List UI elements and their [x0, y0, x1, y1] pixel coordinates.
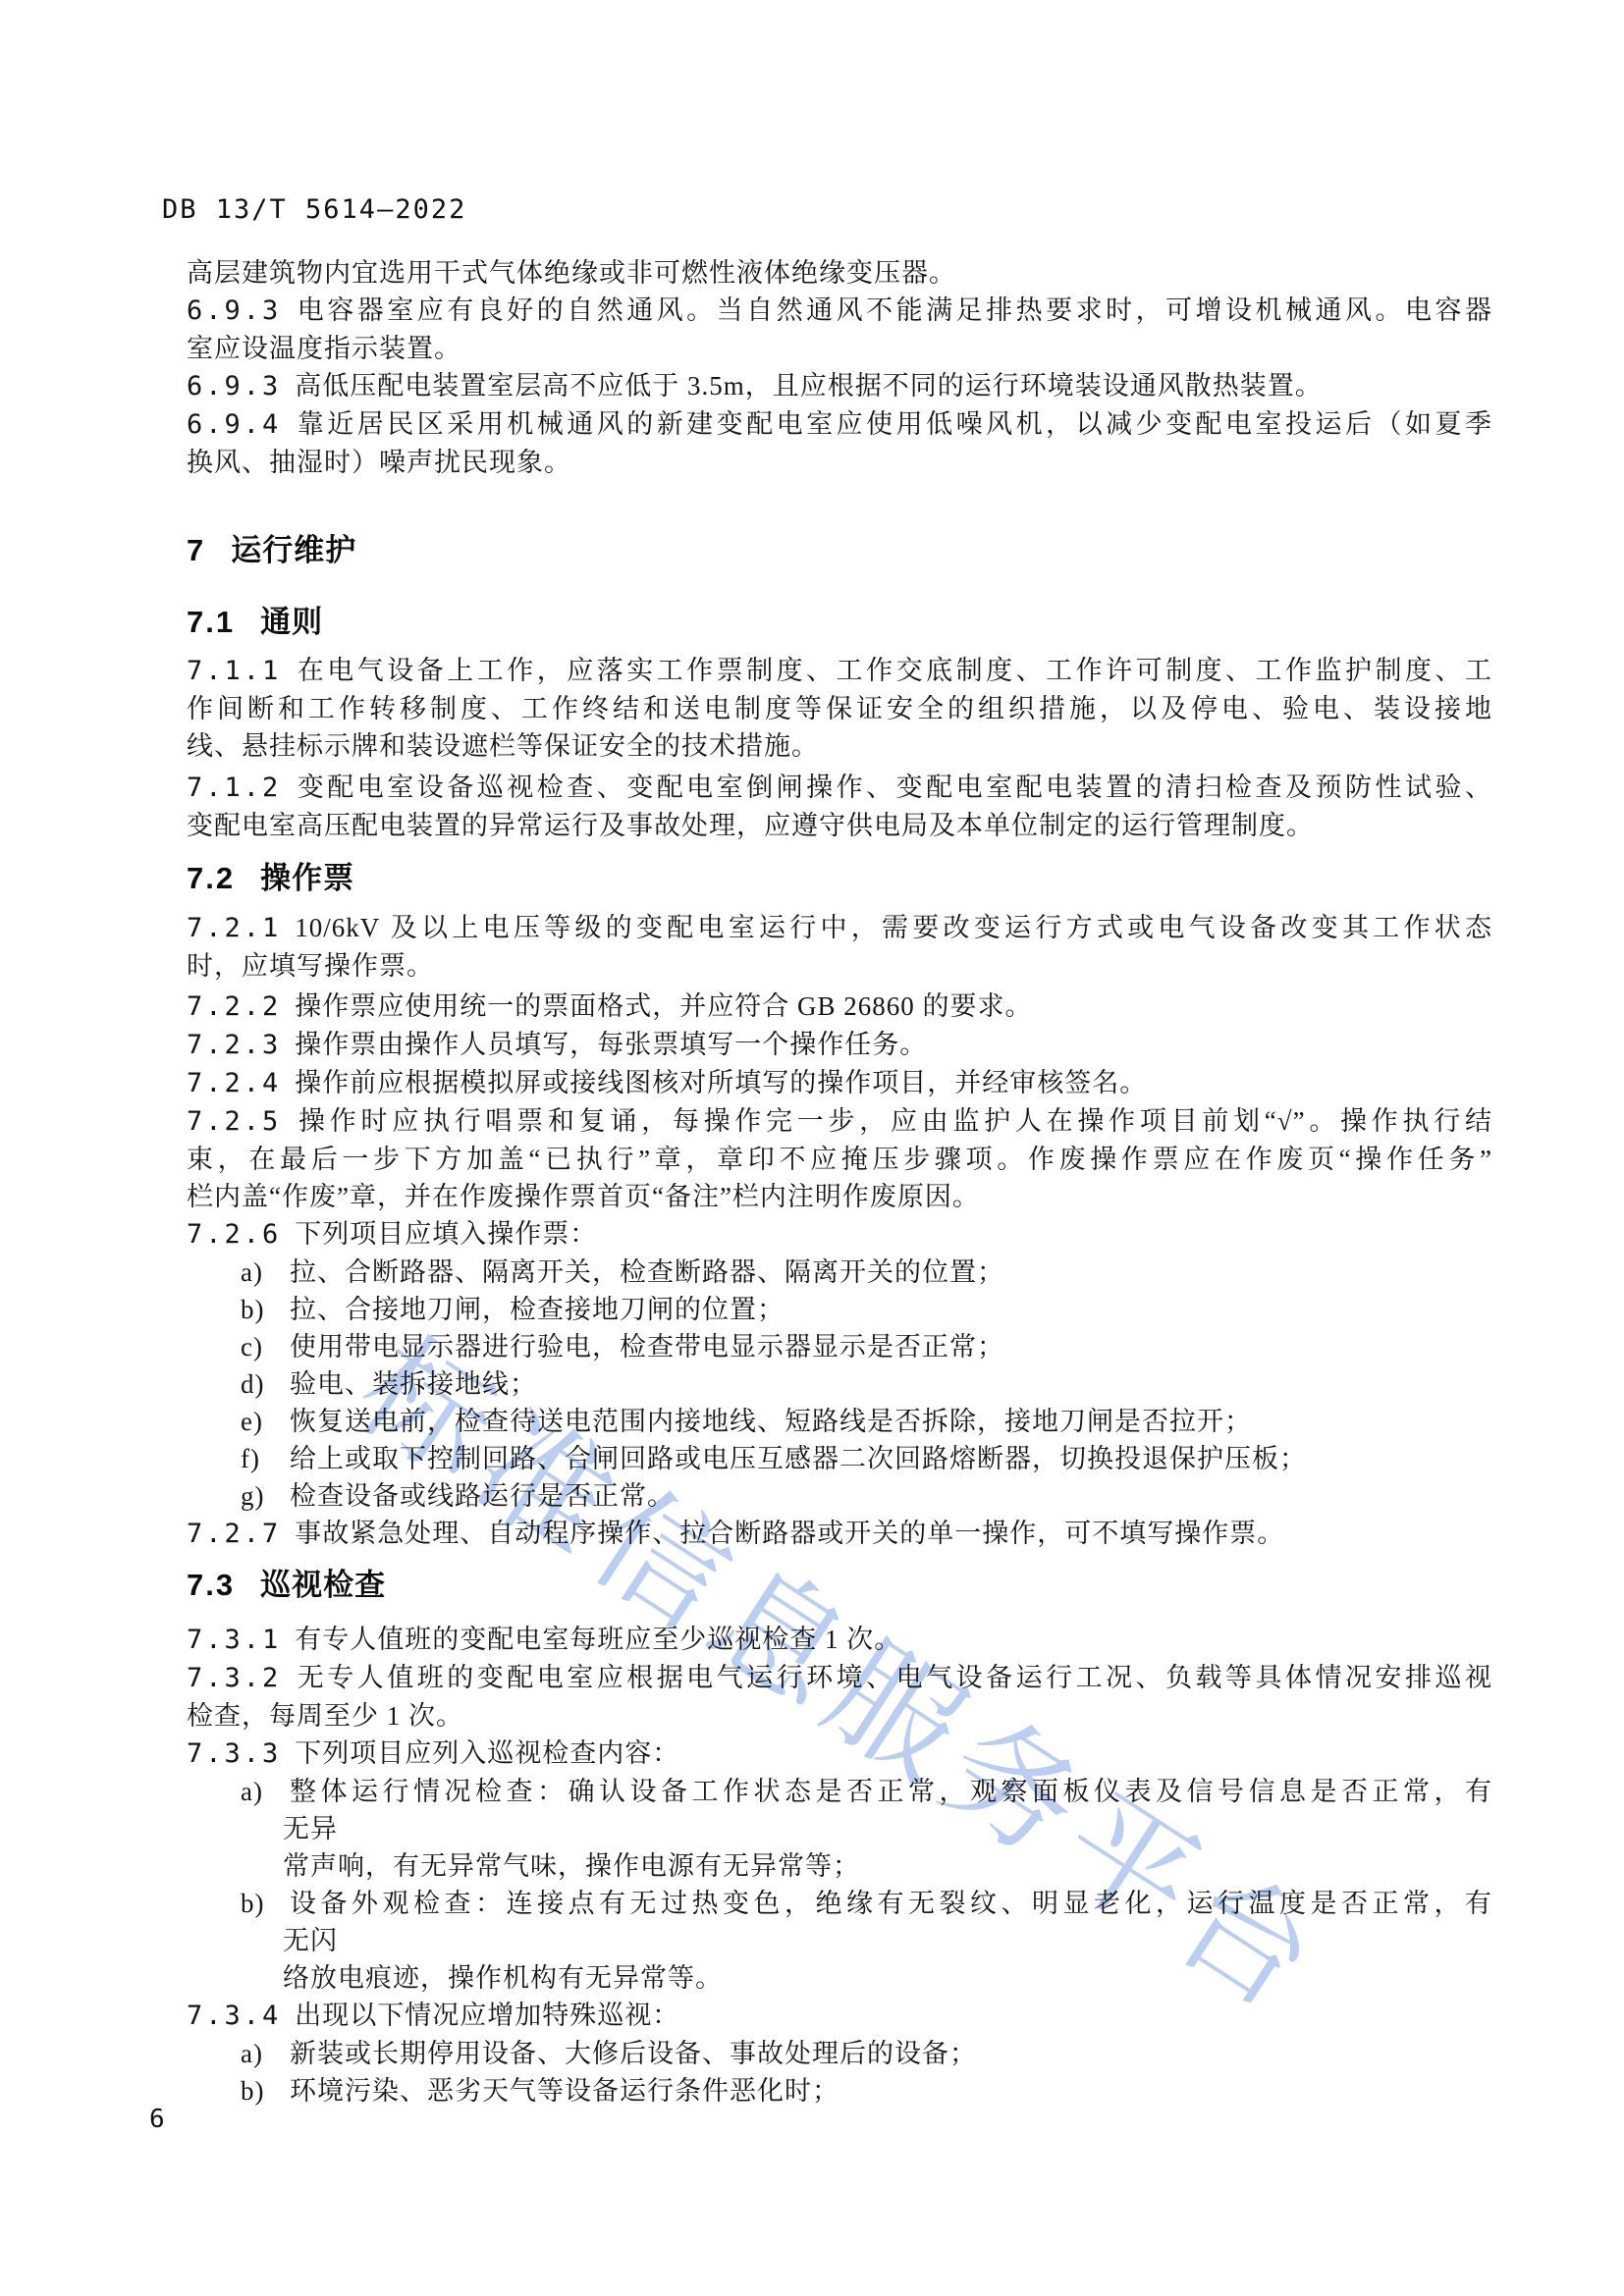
paragraph-line: 7.3.1有专人值班的变配电室每班应至少巡视检查 1 次。 [187, 1621, 1492, 1659]
line-text: 10/6kV 及以上电压等级的变配电室运行中，需要改变运行方式或电气设备改变其工… [295, 913, 1492, 942]
line-text: 拉、合断路器、隔离开关，检查断路器、隔离开关的位置； [290, 1257, 1004, 1287]
section-number: 7.2 [187, 857, 235, 900]
line-text: 设备外观检查：连接点有无过热变色，绝缘有无裂纹、明显老化，运行温度是否正常，有 [290, 1889, 1492, 1918]
line-text: 操作票应使用统一的票面格式，并应符合 GB 26860 的要求。 [295, 991, 1032, 1021]
line-text: 变配电室设备巡视检查、变配电室倒闸操作、变配电室配电装置的清扫检查及预防性试验、 [295, 773, 1492, 802]
paragraph-line: 7.1.2变配电室设备巡视检查、变配电室倒闸操作、变配电室配电装置的清扫检查及预… [187, 769, 1492, 807]
line-text: 高低压配电装置室层高不应低于 3.5m，且应根据不同的运行环境装设通风散热装置。 [295, 371, 1323, 400]
line-text: 高层建筑物内宜选用干式气体绝缘或非可燃性液体绝缘变压器。 [187, 258, 956, 288]
section-number: 7.3.1 [187, 1622, 281, 1659]
paragraph-line: 束，在最后一步下方加盖“已执行”章，章印不应掩压步骤项。作废操作票应在作废页“操… [187, 1141, 1492, 1178]
section-heading: 7.3巡视检查 [187, 1564, 1492, 1607]
list-item-line: b)拉、合接地刀闸，检查接地刀闸的位置； [187, 1291, 1492, 1328]
line-text: 无专人值班的变配电室应根据电气运行环境、电气设备运行工况、负载等具体情况安排巡视 [295, 1663, 1492, 1692]
section-number: 7.1.1 [187, 653, 281, 690]
section-number: 7.2.3 [187, 1027, 281, 1064]
paragraph-line: 高层建筑物内宜选用干式气体绝缘或非可燃性液体绝缘变压器。 [187, 254, 1492, 292]
line-text: 时，应填写操作票。 [187, 951, 434, 981]
section-number: 6.9.3 [187, 293, 281, 330]
line-text: 操作时应执行唱票和复诵，每操作完一步，应由监护人在操作项目前划“√”。操作执行结 [295, 1106, 1492, 1136]
paragraph-line: 7.3.3下列项目应列入巡视检查内容： [187, 1735, 1492, 1773]
line-text: 出现以下情况应增加特殊巡视： [295, 2001, 679, 2030]
line-text: 无闪 [283, 1926, 338, 1955]
document-body: DB 13/T 5614—2022 高层建筑物内宜选用干式气体绝缘或非可燃性液体… [187, 193, 1492, 2109]
list-item-line: a)拉、合断路器、隔离开关，检查断路器、隔离开关的位置； [187, 1254, 1492, 1291]
line-text: 束，在最后一步下方加盖“已执行”章，章印不应掩压步骤项。作废操作票应在作废页“操… [187, 1145, 1492, 1174]
line-text: 环境污染、恶劣天气等设备运行条件恶化时； [290, 2076, 839, 2106]
line-text: 络放电痕迹，操作机构有无异常等。 [283, 1963, 723, 1993]
paragraph-line: 时，应填写操作票。 [187, 947, 1492, 985]
section-number: 7.3.3 [187, 1735, 281, 1773]
line-text: 作间断和工作转移制度、工作终结和送电制度等保证安全的组织措施，以及停电、验电、装… [187, 694, 1492, 723]
line-text: 在电气设备上工作，应落实工作票制度、工作交底制度、工作许可制度、工作监护制度、工 [295, 656, 1492, 685]
line-text: 操作票由操作人员填写，每张票填写一个操作任务。 [295, 1030, 927, 1059]
section-heading: 7.1通则 [187, 601, 1492, 644]
section-number: 7.3.2 [187, 1660, 281, 1697]
line-text: 线、悬挂标示牌和装设遮栏等保证安全的技术措施。 [187, 731, 819, 761]
section-number: 6.9.3 [187, 368, 281, 405]
page-number: 6 [149, 2105, 165, 2134]
chapter-heading: 7运行维护 [187, 529, 1492, 572]
list-continuation-line: 常声响，有无异常气味，操作电源有无异常等； [187, 1847, 1492, 1885]
line-text: 操作前应根据模拟屏或接线图核对所填写的操作项目，并经审核签名。 [295, 1068, 1147, 1097]
paragraph-line: 7.2.7事故紧急处理、自动程序操作、拉合断路器或开关的单一操作，可不填写操作票… [187, 1515, 1492, 1553]
list-marker: a) [241, 2035, 263, 2072]
list-marker: b) [241, 1291, 265, 1328]
paragraph-line: 7.3.2无专人值班的变配电室应根据电气运行环境、电气设备运行工况、负载等具体情… [187, 1659, 1492, 1697]
paragraph-line: 7.3.4出现以下情况应增加特殊巡视： [187, 1997, 1492, 2035]
line-text: 检查设备或线路运行是否正常。 [290, 1481, 675, 1511]
line-text: 验电、装拆接地线； [290, 1369, 537, 1399]
line-text: 有专人值班的变配电室每班应至少巡视检查 1 次。 [295, 1625, 901, 1654]
line-text: 靠近居民区采用机械通风的新建变配电室应使用低噪风机，以减少变配电室投运后（如夏季 [295, 409, 1492, 439]
line-text: 常声响，有无异常气味，操作电源有无异常等； [283, 1851, 860, 1881]
list-continuation-line: 无闪 [187, 1922, 1492, 1959]
paragraph-line: 变配电室高压配电装置的异常运行及事故处理，应遵守供电局及本单位制定的运行管理制度… [187, 807, 1492, 844]
list-marker: e) [241, 1403, 263, 1440]
line-text: 运行维护 [231, 533, 356, 567]
list-item-line: b)设备外观检查：连接点有无过热变色，绝缘有无裂纹、明显老化，运行温度是否正常，… [187, 1885, 1492, 1922]
list-marker: a) [241, 1254, 263, 1291]
line-text: 下列项目应填入操作票： [295, 1219, 597, 1249]
section-number: 7.1 [187, 601, 235, 644]
list-item-line: c)使用带电显示器进行验电，检查带电显示器显示是否正常； [187, 1328, 1492, 1365]
paragraph-line: 作间断和工作转移制度、工作终结和送电制度等保证安全的组织措施，以及停电、验电、装… [187, 690, 1492, 727]
section-number: 7.2.4 [187, 1065, 281, 1102]
line-text: 新装或长期停用设备、大修后设备、事故处理后的设备； [290, 2039, 977, 2068]
list-continuation-line: 无异 [187, 1810, 1492, 1847]
line-text: 巡视检查 [260, 1568, 386, 1602]
paragraph-line: 7.1.1在电气设备上工作，应落实工作票制度、工作交底制度、工作许可制度、工作监… [187, 652, 1492, 690]
list-marker: b) [241, 1885, 265, 1922]
list-marker: g) [241, 1477, 265, 1515]
list-marker: f) [241, 1440, 260, 1477]
list-continuation-line: 络放电痕迹，操作机构有无异常等。 [187, 1959, 1492, 1997]
line-text: 使用带电显示器进行验电，检查带电显示器显示是否正常； [290, 1332, 1004, 1362]
section-number: 7.2.6 [187, 1216, 281, 1254]
line-text: 栏内盖“作废”章，并在作废操作票首页“备注”栏内注明作废原因。 [187, 1182, 980, 1211]
line-text: 整体运行情况检查：确认设备工作状态是否正常，观察面板仪表及信号信息是否正常，有 [290, 1777, 1492, 1806]
list-item-line: b)环境污染、恶劣天气等设备运行条件恶化时； [187, 2072, 1492, 2109]
list-item-line: a)整体运行情况检查：确认设备工作状态是否正常，观察面板仪表及信号信息是否正常，… [187, 1773, 1492, 1810]
list-marker: a) [241, 1773, 263, 1810]
list-marker: d) [241, 1365, 265, 1403]
paragraph-line: 检查，每周至少 1 次。 [187, 1697, 1492, 1735]
list-marker: b) [241, 2072, 265, 2109]
section-number: 7.2.2 [187, 988, 281, 1026]
list-item-line: d)验电、装拆接地线； [187, 1365, 1492, 1403]
section-number: 7.2.1 [187, 910, 281, 947]
line-text: 室应设温度指示装置。 [187, 334, 461, 363]
paragraph-line: 线、悬挂标示牌和装设遮栏等保证安全的技术措施。 [187, 727, 1492, 765]
paragraph-line: 7.2.5操作时应执行唱票和复诵，每操作完一步，应由监护人在操作项目前划“√”。… [187, 1102, 1492, 1141]
line-text: 事故紧急处理、自动程序操作、拉合断路器或开关的单一操作，可不填写操作票。 [295, 1519, 1284, 1548]
list-item-line: f)给上或取下控制回路、合闸回路或电压互感器二次回路熔断器，切换投退保护压板； [187, 1440, 1492, 1477]
paragraph-line: 6.9.3电容器室应有良好的自然通风。当自然通风不能满足排热要求时，可增设机械通… [187, 292, 1492, 330]
paragraph-line: 7.2.2操作票应使用统一的票面格式，并应符合 GB 26860 的要求。 [187, 988, 1492, 1026]
list-item-line: g)检查设备或线路运行是否正常。 [187, 1477, 1492, 1515]
section-number: 7 [187, 529, 205, 572]
line-text: 通则 [260, 605, 323, 639]
section-number: 7.2.7 [187, 1516, 281, 1553]
line-text: 恢复送电前，检查待送电范围内接地线、短路线是否拆除，接地刀闸是否拉开； [290, 1407, 1252, 1436]
paragraph-line: 室应设温度指示装置。 [187, 330, 1492, 367]
paragraph-line: 6.9.3高低压配电装置室层高不应低于 3.5m，且应根据不同的运行环境装设通风… [187, 367, 1492, 405]
section-number: 7.3.4 [187, 1998, 281, 2035]
paragraph-line: 栏内盖“作废”章，并在作废操作票首页“备注”栏内注明作废原因。 [187, 1178, 1492, 1215]
line-text: 操作票 [260, 861, 354, 895]
line-text: 下列项目应列入巡视检查内容： [295, 1738, 679, 1768]
list-marker: c) [241, 1328, 263, 1365]
line-text: 拉、合接地刀闸，检查接地刀闸的位置； [290, 1295, 785, 1324]
paragraph-line: 7.2.4操作前应根据模拟屏或接线图核对所填写的操作项目，并经审核签名。 [187, 1064, 1492, 1102]
section-number: 7.1.2 [187, 770, 281, 807]
paragraph-line: 6.9.4靠近居民区采用机械通风的新建变配电室应使用低噪风机，以减少变配电室投运… [187, 405, 1492, 444]
paragraph-line: 换风、抽湿时）噪声扰民现象。 [187, 444, 1492, 481]
line-text: 给上或取下控制回路、合闸回路或电压互感器二次回路熔断器，切换投退保护压板； [290, 1444, 1307, 1473]
line-text: 电容器室应有良好的自然通风。当自然通风不能满足排热要求时，可增设机械通风。电容器 [295, 295, 1492, 325]
standard-document-page: 标准信息服务平台 DB 13/T 5614—2022 高层建筑物内宜选用干式气体… [0, 0, 1624, 2296]
line-text: 换风、抽湿时）噪声扰民现象。 [187, 448, 571, 477]
list-item-line: a)新装或长期停用设备、大修后设备、事故处理后的设备； [187, 2035, 1492, 2072]
line-text: 变配电室高压配电装置的异常运行及事故处理，应遵守供电局及本单位制定的运行管理制度… [187, 811, 1314, 840]
section-number: 7.3 [187, 1564, 235, 1607]
section-number: 6.9.4 [187, 406, 281, 444]
paragraph-line: 7.2.3操作票由操作人员填写，每张票填写一个操作任务。 [187, 1026, 1492, 1064]
section-heading: 7.2操作票 [187, 857, 1492, 900]
paragraph-line: 7.2.110/6kV 及以上电压等级的变配电室运行中，需要改变运行方式或电气设… [187, 909, 1492, 947]
paragraph-line: 7.2.6下列项目应填入操作票： [187, 1215, 1492, 1254]
line-text: 无异 [283, 1814, 338, 1843]
line-text: 检查，每周至少 1 次。 [187, 1701, 463, 1731]
list-item-line: e)恢复送电前，检查待送电范围内接地线、短路线是否拆除，接地刀闸是否拉开； [187, 1403, 1492, 1440]
section-number: 7.2.5 [187, 1103, 281, 1141]
document-code-header: DB 13/T 5614—2022 [162, 193, 1492, 227]
